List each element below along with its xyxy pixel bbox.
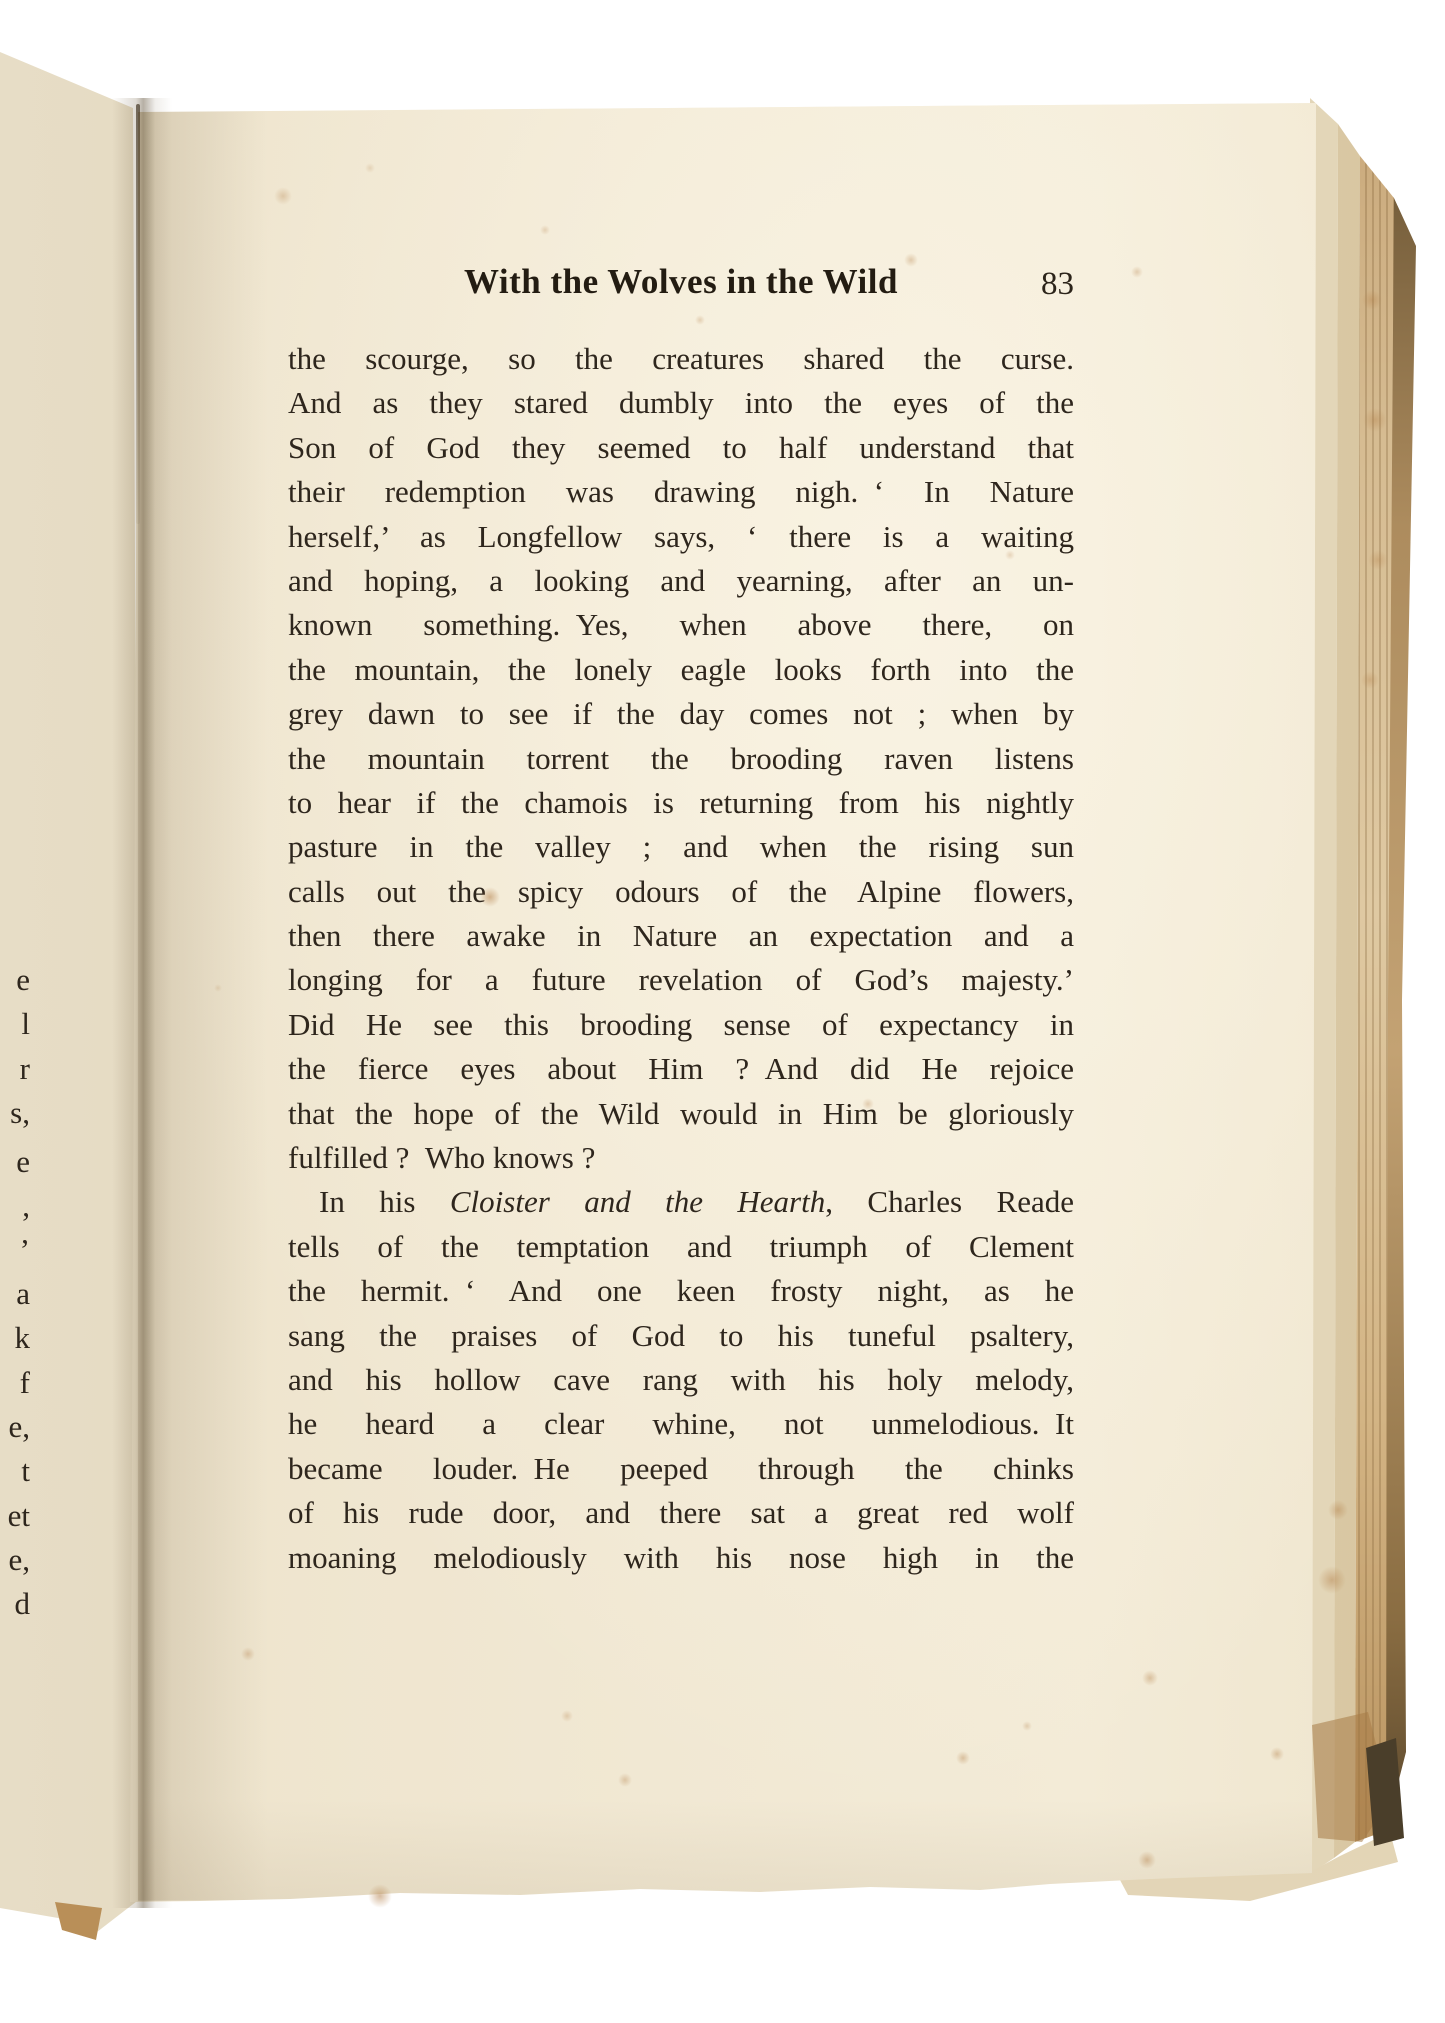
foxing-spot [241, 1647, 255, 1661]
foxing-spot [1361, 671, 1379, 689]
foxing-spot [1368, 550, 1388, 570]
foxing-spot [1328, 1500, 1348, 1520]
foxing-spot [862, 1098, 874, 1110]
foxing-spot [1270, 1747, 1284, 1761]
foxing-spot [618, 1773, 632, 1787]
foxing-spot [1362, 290, 1382, 310]
foxing-spot [1005, 550, 1015, 560]
foxing-spot [1318, 1566, 1346, 1594]
foxing-spot [956, 1751, 970, 1765]
foxing-spot [1138, 1851, 1156, 1869]
foxing-spot [1038, 447, 1048, 457]
foxing-spot [1142, 1670, 1158, 1686]
book-photo: elrs,e,’akfe,tete,d With the Wolves in t… [0, 0, 1445, 2023]
foxing-spot [274, 187, 292, 205]
foxing-spot [214, 984, 222, 992]
foxing-spot [1363, 408, 1387, 432]
foxing-spot [695, 315, 705, 325]
foxing-spot [480, 887, 500, 907]
foxing-spot [904, 253, 918, 267]
foxing-spots-layer [0, 0, 1445, 2023]
foxing-spot [540, 225, 550, 235]
foxing-spot [365, 163, 375, 173]
foxing-spot [561, 1710, 573, 1722]
foxing-spot [368, 1884, 392, 1908]
foxing-spot [1022, 1721, 1032, 1731]
foxing-spot [1131, 266, 1143, 278]
